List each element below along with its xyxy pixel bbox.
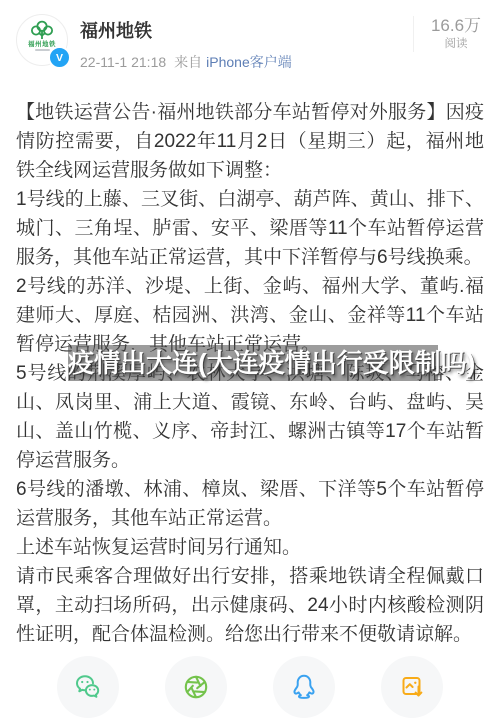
avatar[interactable]: 福州地铁 V — [16, 14, 68, 66]
reads-count: 16.6万 — [428, 16, 484, 36]
header-text-block: 福州地铁 22-11-1 21:18来自iPhone客户端 — [80, 14, 413, 72]
post-paragraph: 1号线的上藤、三叉街、白湖亭、葫芦阵、黄山、排下、城门、三角埕、胪雷、安平、梁厝… — [16, 185, 484, 272]
share-qq-button[interactable] — [273, 656, 335, 718]
post-paragraph: 【地铁运营公告·福州地铁部分车站暂停对外服务】因疫情防控需要，自2022年11月… — [16, 98, 484, 185]
wechat-icon — [72, 671, 104, 703]
post-timestamp: 22-11-1 21:18 — [80, 54, 166, 70]
source-client-link[interactable]: iPhone客户端 — [206, 54, 292, 70]
wechat-moments-icon — [180, 671, 212, 703]
post-paragraph: 请市民乘客合理做好出行安排，搭乘地铁请全程佩戴口罩，主动扫场所码，出示健康码、2… — [16, 562, 484, 649]
verified-badge-icon: V — [48, 46, 71, 69]
fuzhou-metro-logo-icon — [29, 20, 55, 41]
avatar-logo-text: 福州地铁 — [28, 41, 56, 48]
reads-block: 16.6万 阅读 — [413, 16, 484, 52]
save-image-download-icon — [396, 671, 428, 703]
post-meta: 22-11-1 21:18来自iPhone客户端 — [80, 52, 413, 72]
post-paragraph: 上述车站恢复运营时间另行通知。 — [16, 533, 484, 562]
reads-label: 阅读 — [428, 37, 484, 52]
post-header: 福州地铁 V 福州地铁 22-11-1 21:18来自iPhone客户端 16.… — [0, 0, 500, 72]
share-moments-button[interactable] — [165, 656, 227, 718]
post-paragraph: 6号线的潘墩、林浦、樟岚、梁厝、下洋等5个车站暂停运营服务，其他车站正常运营。 — [16, 475, 484, 533]
header-divider — [413, 16, 414, 52]
save-image-button[interactable] — [381, 656, 443, 718]
watermark-overlay: 疫情出大连(大连疫情出行受限制吗) — [68, 345, 438, 381]
avatar-logo-subtext — [35, 49, 50, 51]
qq-icon — [288, 671, 320, 703]
account-name[interactable]: 福州地铁 — [80, 17, 413, 43]
share-wechat-button[interactable] — [57, 656, 119, 718]
share-toolbar — [0, 656, 500, 718]
source-prefix: 来自 — [174, 54, 202, 70]
weibo-post-card: 福州地铁 V 福州地铁 22-11-1 21:18来自iPhone客户端 16.… — [0, 0, 500, 726]
